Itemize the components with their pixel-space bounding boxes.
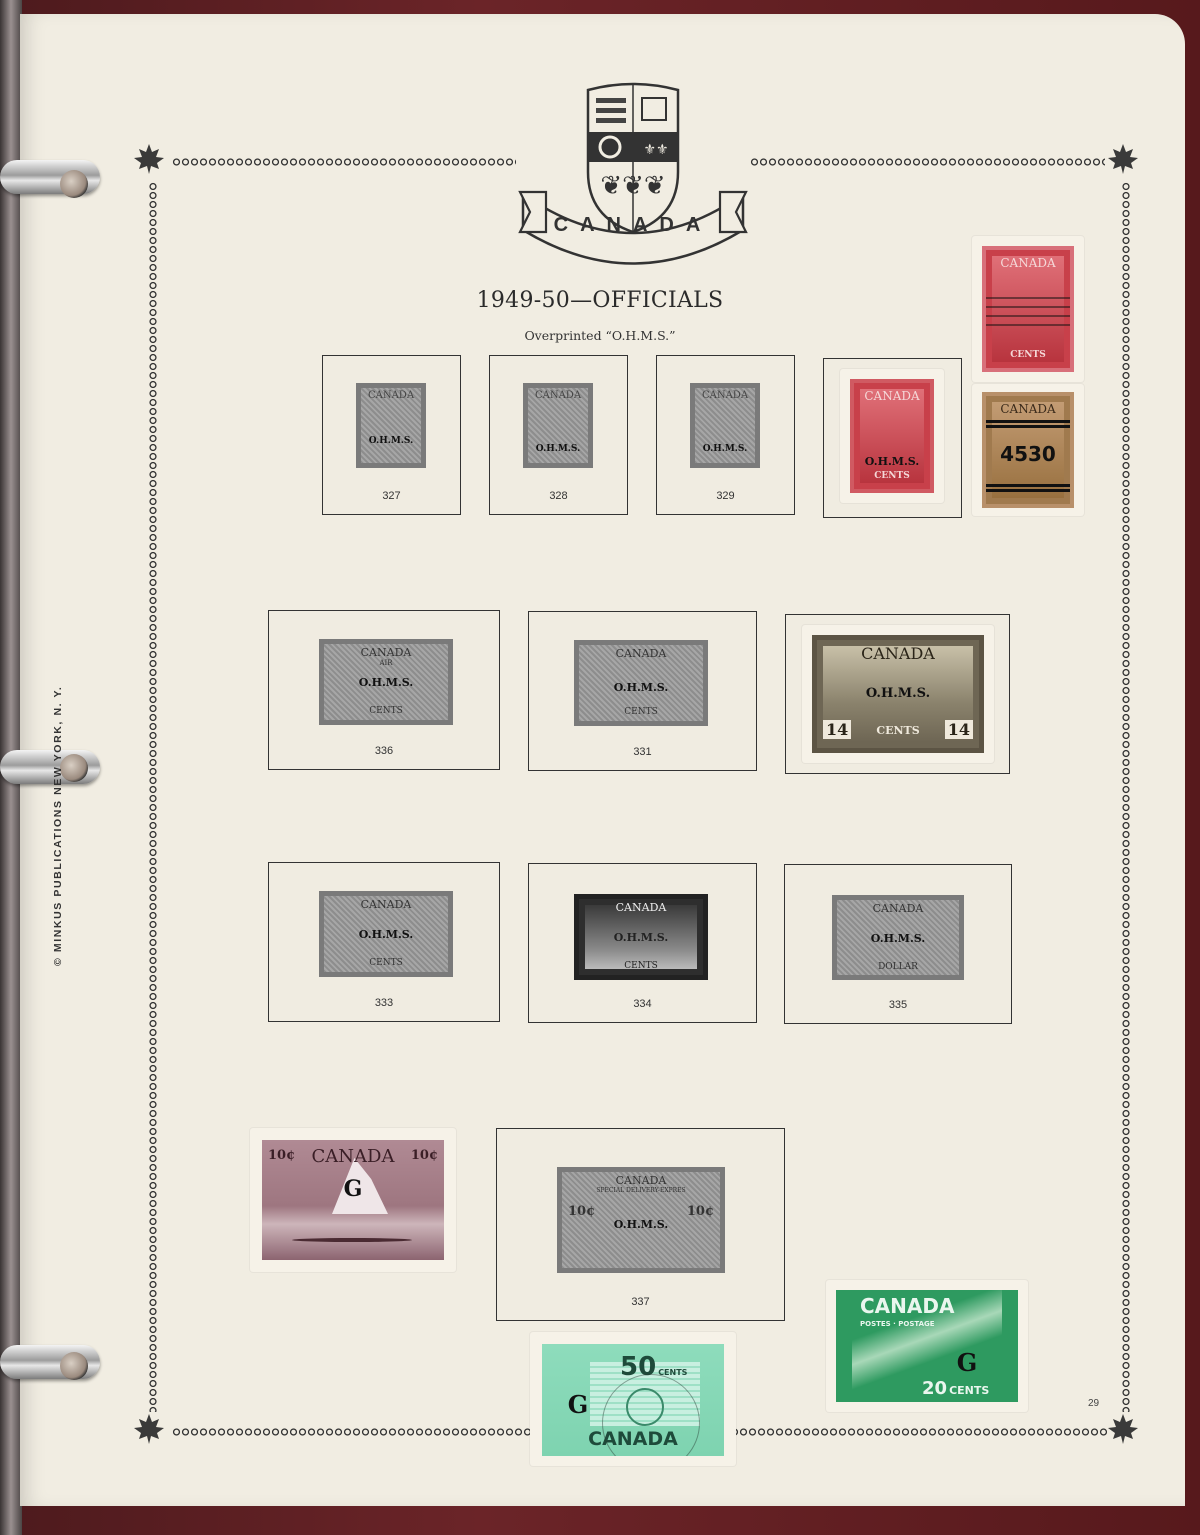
stamp-illustration: CANADA O.H.M.S. CENTS [574, 894, 708, 980]
catalog-number: 331 [529, 746, 756, 758]
stamp-space-336[interactable]: CANADA AIR O.H.M.S. CENTS 336 [268, 610, 500, 770]
stamp-space-filled-4c[interactable]: CANADA O.H.M.S. CENTS [823, 358, 962, 518]
stamp-red-4c-perfin[interactable]: CANADA CENTS [982, 246, 1074, 372]
stamp-space-filled-14c[interactable]: CANADA O.H.M.S. 14 14 CENTS [785, 614, 1010, 774]
chain-border-left [148, 182, 158, 1412]
punch-hole [60, 1352, 88, 1380]
stamp-illustration: CANADA O.H.M.S. CENTS [574, 640, 708, 726]
stamp-illustration: CANADA O.H.M.S. [356, 383, 426, 468]
stamp-red-4c-ohms[interactable]: CANADA O.H.M.S. CENTS [850, 379, 934, 493]
stamp-space-331[interactable]: CANADA O.H.M.S. CENTS 331 [528, 611, 757, 771]
punch-hole [60, 170, 88, 198]
stamp-space-337[interactable]: CANADA SPECIAL DELIVERY-EXPRES 10¢ 10¢ O… [496, 1128, 785, 1321]
stamp-space-327[interactable]: CANADA O.H.M.S. 327 [322, 355, 461, 515]
maple-leaf-icon [132, 142, 166, 176]
coat-of-arms-crest: ⚜⚜ ❦❦❦ CANADA [518, 82, 748, 272]
catalog-number: 336 [269, 745, 499, 757]
catalog-number: 335 [785, 999, 1011, 1011]
stamp-illustration: CANADA O.H.M.S. CENTS [319, 891, 453, 977]
stamp-space-335[interactable]: CANADA O.H.M.S. DOLLAR 335 [784, 864, 1012, 1024]
publisher-imprint: © MINKUS PUBLICATIONS NEW YORK, N. Y. [52, 686, 64, 966]
svg-text:❦❦❦: ❦❦❦ [600, 170, 665, 200]
stamp-space-328[interactable]: CANADA O.H.M.S. 328 [489, 355, 628, 515]
stamp-olive-14c-ohms[interactable]: CANADA O.H.M.S. 14 14 CENTS [812, 635, 984, 753]
stamp-brown-2c-precancel[interactable]: CANADA 4530 [982, 392, 1074, 508]
maple-leaf-icon [1106, 142, 1140, 176]
stamp-kayak-10c-g[interactable]: CANADA 10¢ 10¢ G [262, 1140, 444, 1260]
catalog-number: 327 [323, 490, 460, 502]
stamp-space-334[interactable]: CANADA O.H.M.S. CENTS 334 [528, 863, 757, 1023]
svg-text:⚜⚜: ⚜⚜ [643, 141, 668, 157]
chain-border-right [1121, 182, 1131, 1412]
stamp-spinning-wheel-50c-g[interactable]: 50CENTS G CANADA [542, 1344, 724, 1456]
catalog-number: 328 [490, 490, 627, 502]
maple-leaf-icon [132, 1412, 166, 1446]
catalog-number: 337 [497, 1296, 784, 1308]
maple-leaf-icon [1106, 1412, 1140, 1446]
crest-ribbon-text: CANADA [518, 214, 748, 237]
catalog-number: 333 [269, 997, 499, 1009]
page-number: 29 [1088, 1398, 1099, 1409]
stamp-illustration: CANADA O.H.M.S. DOLLAR [832, 895, 964, 980]
chain-border-top-left [172, 157, 516, 167]
stamp-illustration: CANADA AIR O.H.M.S. CENTS [319, 639, 453, 725]
chain-border-top-right [750, 157, 1105, 167]
catalog-number: 334 [529, 998, 756, 1010]
stamp-illustration: CANADA SPECIAL DELIVERY-EXPRES 10¢ 10¢ O… [557, 1167, 725, 1273]
catalog-number: 329 [657, 490, 794, 502]
stamp-illustration: CANADA O.H.M.S. [523, 383, 593, 468]
stamp-pulp-paper-20c-g[interactable]: CANADA POSTES · POSTAGE G 20CENTS [836, 1290, 1018, 1402]
stamp-illustration: CANADA O.H.M.S. [690, 383, 760, 468]
punch-hole [60, 754, 88, 782]
stamp-space-329[interactable]: CANADA O.H.M.S. 329 [656, 355, 795, 515]
stamp-space-333[interactable]: CANADA O.H.M.S. CENTS 333 [268, 862, 500, 1022]
